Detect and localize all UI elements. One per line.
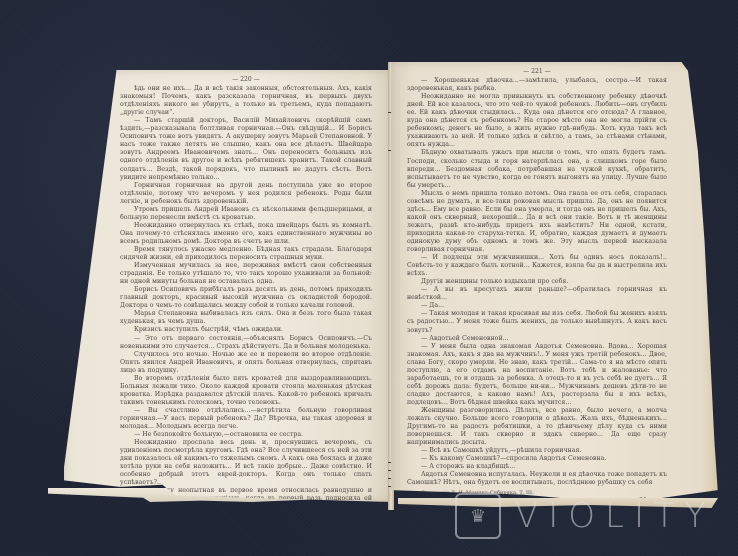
paragraph: — Хорошенькая дѣвочка...—замѣтила, улыба… (407, 77, 667, 93)
crown-icon: ♛ (455, 493, 501, 539)
paragraph: — И подлецы эти мужчинишки... Хоть бы од… (407, 254, 667, 278)
paragraph: Неожиданно отвернулась къ стѣнѣ, пока шв… (120, 222, 372, 246)
paragraph: Неожиданно не могла привыкнуть къ собств… (407, 93, 667, 149)
paragraph: Марья Степановна выбивалась изъ силъ. Он… (120, 310, 372, 326)
right-page-paragraphs: — Хорошенькая дѣвочка...—замѣтила, улыба… (407, 77, 667, 487)
paragraph: Другія женщины только вздыхали про себя. (407, 278, 667, 286)
paragraph: — А вы въ кресугахъ жили раньше?—обратил… (407, 286, 667, 302)
paragraph: — Такая молодая и такая красивая вы изъ … (407, 310, 667, 334)
paragraph: — Тамъ старшій докторъ, Василій Михайлов… (120, 117, 372, 181)
paragraph: Кризисъ наступилъ быстрѣй, чѣмъ ожидали. (120, 326, 372, 334)
left-page-number: — 220 — (120, 76, 372, 84)
left-page: — 220 — ѣдь они не ихъ... Да и всѣ такія… (64, 70, 392, 502)
paragraph: Горничная горничная на другой день посту… (120, 182, 372, 206)
paragraph: — А сторожъ на кладбищѣ... (407, 463, 667, 471)
right-page-number: — 221 — (407, 68, 667, 76)
paragraph: Неожиданно проспала весь день и, проснув… (120, 439, 372, 487)
paragraph: Измученная мучилась за нее, переживая вм… (120, 262, 372, 286)
paragraph: Авдотья Семеновна испугалась. Неужели и … (407, 471, 667, 487)
paragraph: Во второмъ отдѣленіи было пять кроватей … (120, 375, 372, 407)
paragraph: Бѣдную охватывалъ ужасъ при мысли о томъ… (407, 149, 667, 189)
paragraph: Случилось это ночью. Ночью же ее и перев… (120, 351, 372, 375)
paragraph: Женщины разговорились. Дѣлать, все равно… (407, 407, 667, 447)
right-page-text-block: — 221 — — Хорошенькая дѣвочка...—замѣтил… (407, 68, 667, 489)
paragraph: — Авдотьей Семеновной... (407, 335, 667, 343)
left-page-text-block: — 220 — ѣдь они не ихъ... Да и всѣ такія… (120, 76, 372, 502)
left-page-paragraphs: ѣдь они не ихъ... Да и всѣ такія законны… (120, 85, 372, 502)
paragraph: — Это отъ перваго состоянія,—объяснялъ Б… (120, 335, 372, 351)
right-page: — 221 — — Хорошенькая дѣвочка...—замѣтил… (391, 62, 721, 508)
paragraph: Время тянулось ужасно медленно. Бѣдная т… (120, 246, 372, 262)
paragraph: — Всѣ въ Самошкѣ уйдутъ,—рѣшила горнична… (407, 447, 667, 455)
paragraph: Утромъ пришелъ Андрей Ивановъ съ нѣсколь… (120, 206, 372, 222)
paragraph: — Да... (407, 302, 667, 310)
watermark-text: VIOLITY (515, 499, 716, 533)
paragraph: ѣдь они не ихъ... Да и всѣ такія законны… (120, 85, 372, 117)
paragraph: — Къ какому Самошкѣ?—спросила Авдотья Се… (407, 455, 667, 463)
paragraph: — Не безпокойте больную,—остановила ее с… (120, 431, 372, 439)
paragraph: — Вы счастливо отдѣлались...—встрѣтила б… (120, 407, 372, 431)
paragraph: — У меня была одна знакомая Авдотья Семе… (407, 343, 667, 407)
paragraph: Мысль о немъ пришла только потомъ. Она г… (407, 190, 667, 254)
watermark: ♛ VIOLITY (455, 493, 716, 539)
paragraph: Борисъ Осиповичъ прибѣгалъ разъ десять в… (120, 286, 372, 310)
